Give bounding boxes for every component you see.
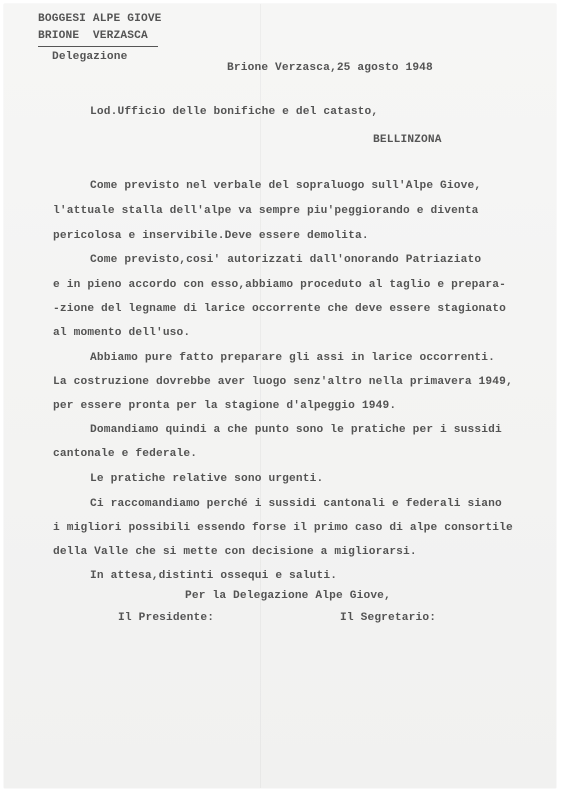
secretary-signature-label: Il Segretario: <box>340 612 436 624</box>
body-line: -zione del legname di larice occorrente … <box>53 303 506 315</box>
body-line: Come previsto nel verbale del sopraluogo… <box>90 180 481 192</box>
letterhead-subtitle: Delegazione <box>52 51 128 63</box>
letterhead-line-2: BRIONE VERZASCA <box>38 30 148 42</box>
letter-page <box>4 4 556 788</box>
body-line: pericolosa e inservibile.Deve essere dem… <box>53 230 369 242</box>
body-line: e in pieno accordo con esso,abbiamo proc… <box>53 279 506 291</box>
body-line: l'attuale stalla dell'alpe va sempre piu… <box>53 205 479 217</box>
body-line: per essere pronta per la stagione d'alpe… <box>53 400 396 412</box>
body-line: In attesa,distinti ossequi e saluti. <box>90 570 337 582</box>
body-line: Ci raccomandiamo perché i sussidi canton… <box>90 498 502 510</box>
body-line: Le pratiche relative sono urgenti. <box>90 473 323 485</box>
recipient-city: BELLINZONA <box>373 134 442 146</box>
body-line: della Valle che si mette con decisione a… <box>53 546 417 558</box>
body-line: Abbiamo pure fatto preparare gli assi in… <box>90 352 495 364</box>
body-line: cantonale e federale. <box>53 448 197 460</box>
place-date: Brione Verzasca,25 agosto 1948 <box>227 62 433 74</box>
body-line: Domandiamo quindi a che punto sono le pr… <box>90 424 502 436</box>
letterhead-line-1: BOGGESI ALPE GIOVE <box>38 13 162 25</box>
closing-for-line: Per la Delegazione Alpe Giove, <box>185 590 391 602</box>
recipient-name: Lod.Ufficio delle bonifiche e del catast… <box>90 106 378 118</box>
body-line: La costruzione dovrebbe aver luogo senz'… <box>53 376 513 388</box>
body-line: al momento dell'uso. <box>53 327 190 339</box>
letterhead-rule <box>38 46 158 47</box>
body-line: i migliori possibili essendo forse il pr… <box>53 522 513 534</box>
body-line: Come previsto,cosi' autorizzati dall'ono… <box>90 254 481 266</box>
president-signature-label: Il Presidente: <box>118 612 214 624</box>
